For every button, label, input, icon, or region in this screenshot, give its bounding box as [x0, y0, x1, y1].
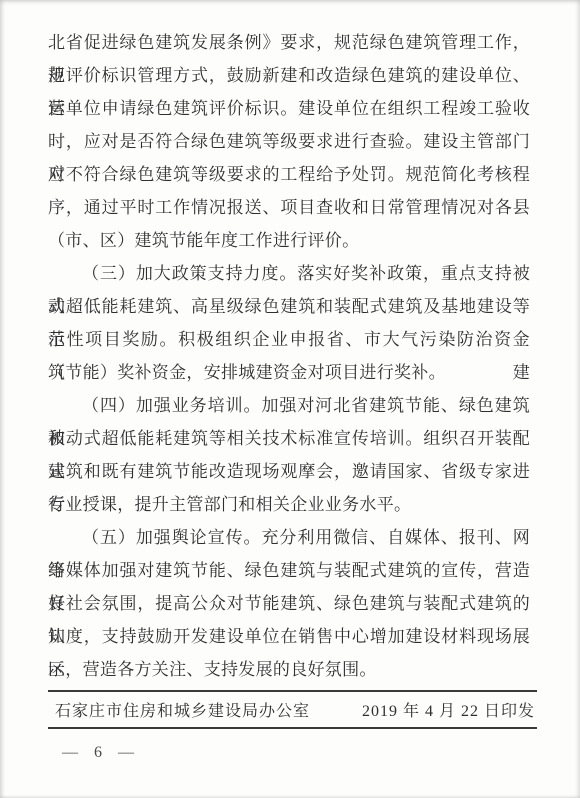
body-line: （五）加强舆论宣传。充分利用微信、自媒体、报刊、网络	[48, 521, 530, 554]
body-line: 式超低能耗建筑、高星级绿色建筑和装配式建筑及基地建设等示	[48, 290, 530, 323]
body-line: 好社会氛围，提高公众对节能建筑、绿色建筑与装配式建筑的认	[48, 587, 530, 620]
body-line: 被动式超低能耗建筑等相关技术标准宣传培训。组织召开装配式	[48, 422, 530, 455]
document-body: 北省促进绿色建筑发展条例》要求，规范绿色建筑管理工作，规范评价标识管理方式，鼓励…	[48, 26, 530, 686]
footer-bottom-rule	[48, 727, 537, 729]
body-line: （三）加大政策支持力度。落实好奖补政策，重点支持被动	[48, 257, 530, 290]
body-line: 范评价标识管理方式，鼓励新建和改造绿色建筑的建设单位、运	[48, 59, 530, 92]
body-line: 对不符合绿色建筑等级要求的工程给予处罚。规范简化考核程	[48, 158, 530, 191]
body-line: 等媒体加强对建筑节能、绿色建筑与装配式建筑的宣传，营造良	[48, 554, 530, 587]
body-line: （四）加强业务培训。加强对河北省建筑节能、绿色建筑和	[48, 389, 530, 422]
document-page: 北省促进绿色建筑发展条例》要求，规范绿色建筑管理工作，规范评价标识管理方式，鼓励…	[0, 0, 580, 798]
body-line: 时，应对是否符合绿色建筑等级要求进行查验。建设主管部门应	[48, 125, 530, 158]
footer-row: 石家庄市住房和城乡建设局办公室 2019 年 4 月 22 日印发	[48, 692, 537, 727]
issuing-office-label: 石家庄市住房和城乡建设局办公室	[55, 698, 310, 721]
body-line: 知度，支持鼓励开发建设单位在销售中心增加建设材料现场展示	[48, 620, 530, 653]
body-line: 营单位申请绿色建筑评价标识。建设单位在组织工程竣工验收	[48, 92, 530, 125]
document-footer: 石家庄市住房和城乡建设局办公室 2019 年 4 月 22 日印发	[48, 690, 537, 729]
body-line: 建筑和既有建筑节能改造现场观摩会，邀请国家、省级专家进行	[48, 455, 530, 488]
body-line: 序，通过平时工作情况报送、项目查收和日常管理情况对各县	[48, 191, 530, 224]
page-number: — 6 —	[62, 744, 140, 762]
body-line: 北省促进绿色建筑发展条例》要求，规范绿色建筑管理工作，规	[48, 26, 530, 59]
body-line: 范性项目奖励。积极组织企业申报省、市大气污染防治资金（建	[48, 323, 530, 356]
body-line: 区，营造各方关注、支持发展的良好氛围。	[48, 653, 530, 686]
body-line: 专业授课，提升主管部门和相关企业业务水平。	[48, 488, 530, 521]
print-date-label: 2019 年 4 月 22 日印发	[362, 698, 535, 721]
body-line: （市、区）建筑节能年度工作进行评价。	[48, 224, 530, 257]
